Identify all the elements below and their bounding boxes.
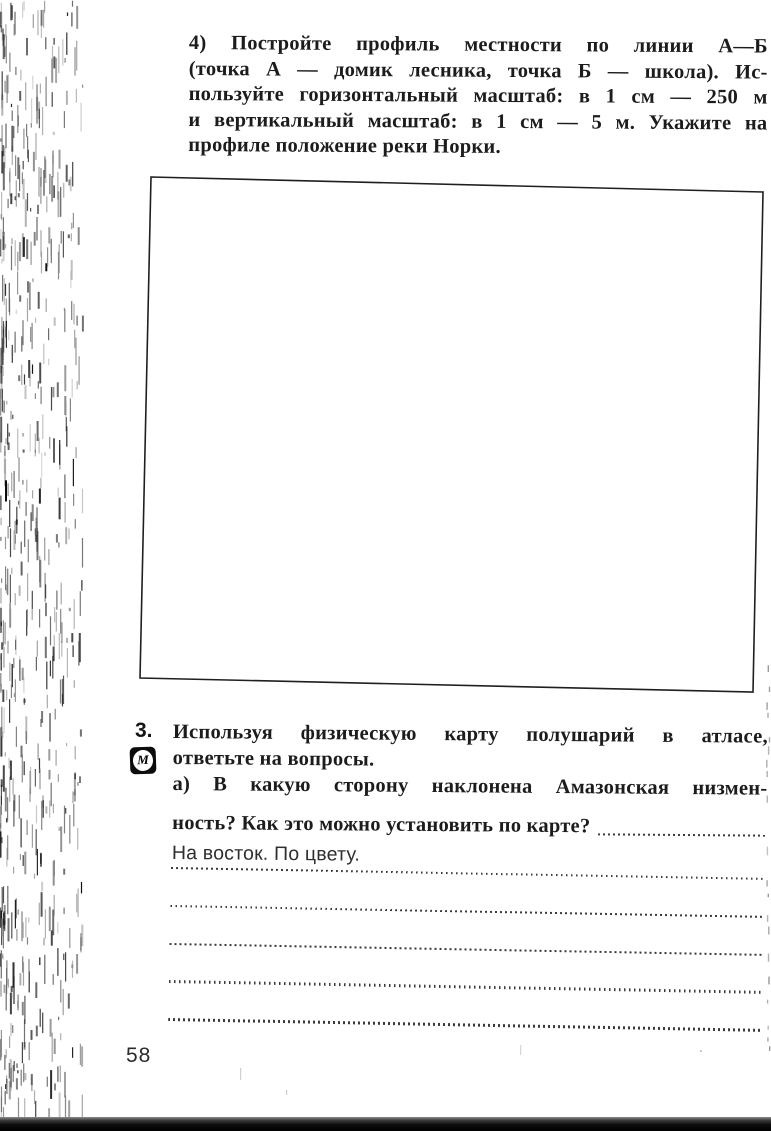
answer-blank-lines (168, 867, 765, 1067)
task3-number: 3. (135, 719, 153, 743)
page-number: 58 (126, 1044, 151, 1068)
question-a: а)ВкакуюсторонунаклоненаАмазонскаянизмен… (172, 771, 767, 841)
map-marker-icon: М (130, 747, 157, 775)
workbook-scanned-page: 4)ПостройтепрофильместностиполинииА—Б(то… (0, 0, 771, 1131)
map-marker-letter: М (133, 750, 154, 772)
drawing-box-border (140, 177, 763, 692)
task3-text-block: Используяфизическуюкартуполушарийватласе… (172, 719, 768, 841)
text-line: профиле положение реки Норки. (188, 133, 767, 162)
text-line: а)ВкакуюсторонунаклоненаАмазонскаянизмен… (172, 771, 767, 802)
blank-answer-line (170, 943, 764, 956)
blank-answer-line (170, 905, 764, 918)
text-line: пользуйтегоризонтальныймасштаб:в1см—250м (189, 82, 768, 111)
blank-answer-line (169, 980, 763, 993)
text-line: ивертикальныймасштаб:в1см—5м.Укажитена (188, 108, 767, 137)
text-line: ность? Как это можно установить по карте… (172, 810, 767, 841)
text-line: (точкаА—домиклесника,точкаБ—школа).Ис- (189, 57, 768, 86)
task4-paragraph: 4)ПостройтепрофильместностиполинииА—Б(то… (188, 31, 768, 163)
scan-bottom-edge (0, 1117, 771, 1131)
blank-answer-line (168, 1018, 762, 1031)
task3-intro: Используяфизическуюкартуполушарийватласе… (173, 719, 768, 776)
answer-a-text: На восток. По цвету. (172, 841, 360, 867)
dotted-answer-space (598, 833, 767, 837)
text-line: 4)ПостройтепрофильместностиполинииА—Б (189, 31, 768, 60)
